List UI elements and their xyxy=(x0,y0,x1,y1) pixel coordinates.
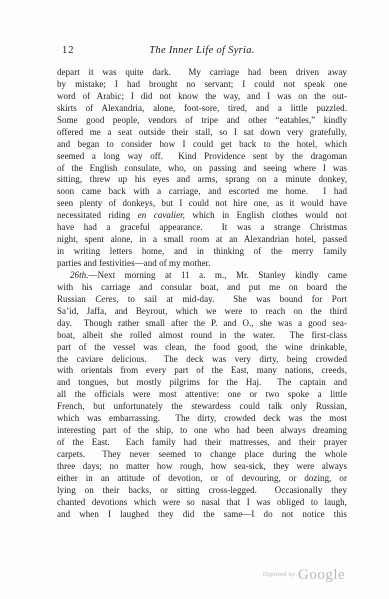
text-line: all the officials were most attentive: o… xyxy=(57,389,347,401)
text-line: either in an attitude of devotion, or of… xyxy=(57,473,347,485)
text-block: depart it was quite dark. My carriage ha… xyxy=(57,67,347,521)
text-line: soon came back with a carriage, and esco… xyxy=(57,186,347,198)
running-title: The Inner Life of Syria. xyxy=(57,44,347,58)
page-number: 12 xyxy=(62,44,75,58)
watermark-prefix: Digitized by xyxy=(263,572,295,578)
text-line: depart it was quite dark. My carriage ha… xyxy=(57,67,347,79)
text-line: interesting part of the ship, to one who… xyxy=(57,425,347,437)
text-line: boat, albeit she rolled almost round in … xyxy=(57,330,347,342)
text-line: the caviare delicious. The deck was very… xyxy=(57,354,347,366)
text-line: and began to consider how I could get ba… xyxy=(57,139,347,151)
text-line: necessitated riding en cavalier, which i… xyxy=(57,210,347,222)
text-line: which was embarrassing. The dirty, crowd… xyxy=(57,413,347,425)
text-line: Some good people, vendors of tripe and o… xyxy=(57,115,347,127)
text-line: with his carriage and consular boat, and… xyxy=(57,282,347,294)
text-line: night, spent alone, in a small room at a… xyxy=(57,234,347,246)
text-line: chanted devotions which were so nasal th… xyxy=(57,497,347,509)
text-line: skirts of Alexandria, alone, foot-sore, … xyxy=(57,103,347,115)
watermark: Digitized by Google xyxy=(263,563,373,587)
text-line: Sa’id, Jaffa, and Beyrout, which we were… xyxy=(57,306,347,318)
text-line: part of the vessel was clean, the food g… xyxy=(57,342,347,354)
text-line: carpets. They never seemed to change pla… xyxy=(57,449,347,461)
text-line: seemed a long way off. Kind Providence s… xyxy=(57,151,347,163)
text-line: three days; no matter how rough, how sea… xyxy=(57,461,347,473)
text-line: lying on their backs, or sitting cross-l… xyxy=(57,485,347,497)
text-line: French, but unfortunately the stewardess… xyxy=(57,401,347,413)
page-header: 12 The Inner Life of Syria. xyxy=(57,44,347,58)
text-line: have had a graceful appearance. It was a… xyxy=(57,222,347,234)
text-line: parties and festivities—and of my mother… xyxy=(57,258,347,270)
text-line: Russian Ceres, to sail at mid-day. She w… xyxy=(57,294,347,306)
text-line: word of Arabic; I did not know the way, … xyxy=(57,91,347,103)
text-line: and tongues, but mostly pilgrims for the… xyxy=(57,377,347,389)
text-line: day. Though rather small after the P. an… xyxy=(57,318,347,330)
text-line: 26th.—Next morning at 11 a. m., Mr. Stan… xyxy=(57,270,347,282)
text-line: sitting, threw up his eyes and arms, spr… xyxy=(57,174,347,186)
text-line: offered me a seat outside their stall, s… xyxy=(57,127,347,139)
text-line: of the English consulate, who, on passin… xyxy=(57,163,347,175)
text-line: with orientals from every part of the Ea… xyxy=(57,365,347,377)
text-line: in writing letters home, and in thinking… xyxy=(57,246,347,258)
text-line: by mistake; I had brought no servant; I … xyxy=(57,79,347,91)
google-logo-text: Google xyxy=(298,567,345,584)
text-line: of the East. Each family had their mattr… xyxy=(57,437,347,449)
text-line: and when I laughed they did the same—I d… xyxy=(57,509,347,521)
text-line: seen plenty of donkeys, but I could not … xyxy=(57,198,347,210)
